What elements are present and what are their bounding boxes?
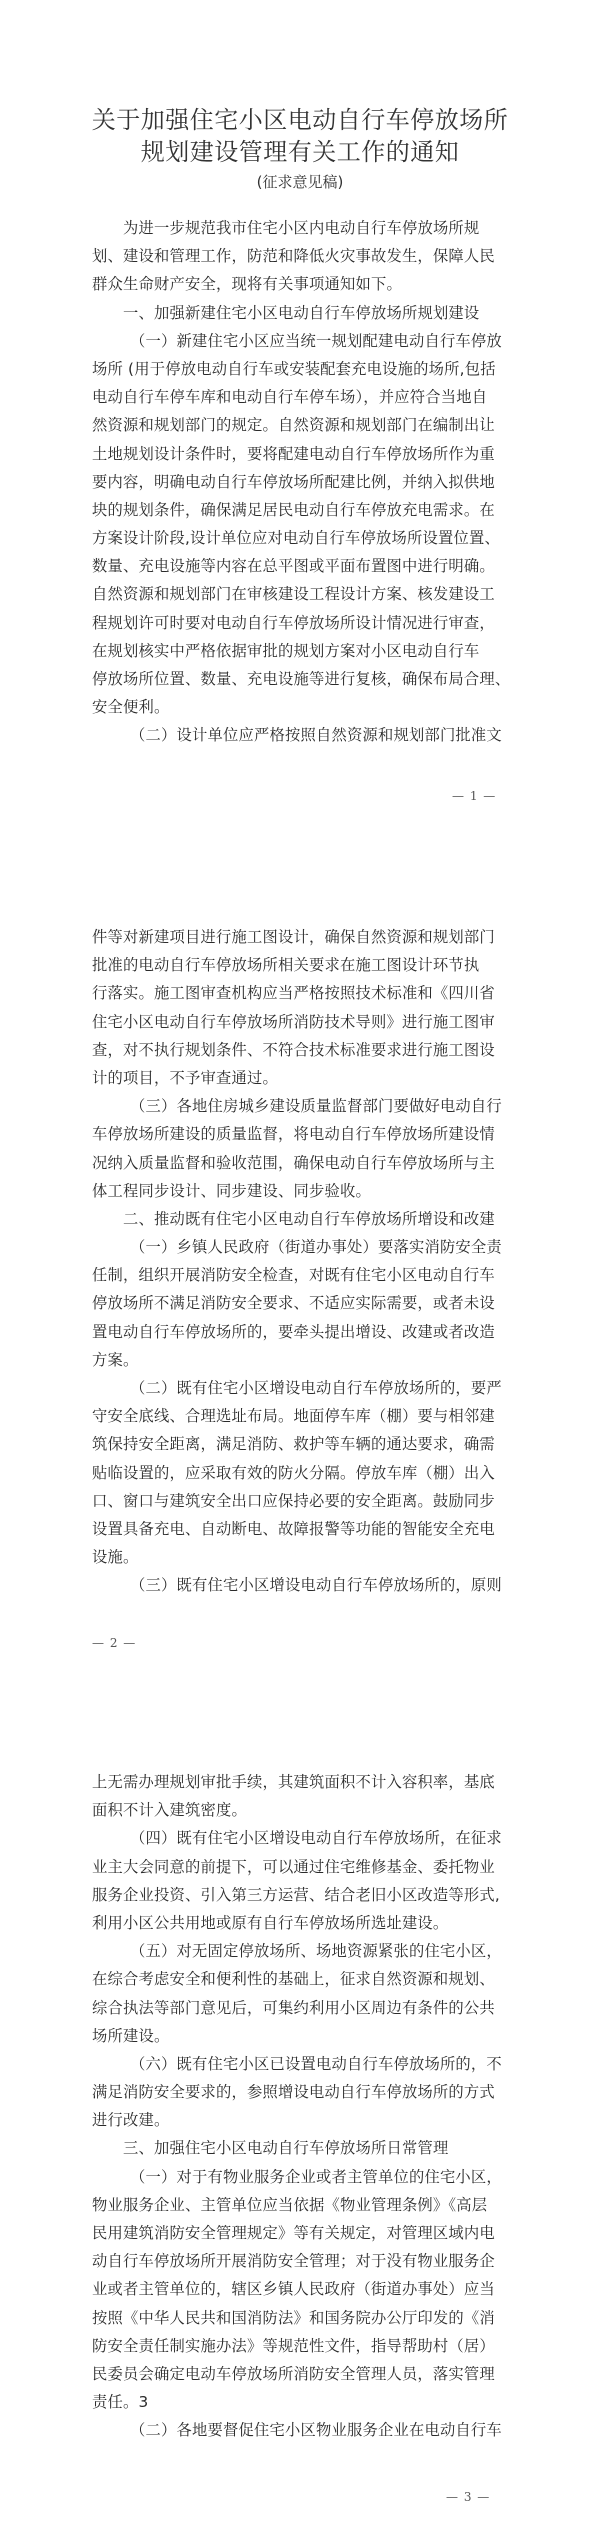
text-line: 况纳入质量监督和验收范围，确保电动自行车停放场所与主 (92, 1149, 510, 1177)
text-line: 设置具备充电、自动断电、故障报警等功能的智能安全充电 (92, 1515, 510, 1543)
text-line: 在规划核实中严格依据审批的规划方案对小区电动自行车 (92, 637, 510, 665)
text-line: 业主大会同意的前提下，可以通过住宅维修基金、委托物业 (92, 1853, 510, 1881)
text-line: 动自行车停放场所开展消防安全管理；对于没有物业服务企 (92, 2247, 510, 2275)
text-line: 设施。 (92, 1543, 510, 1571)
text-line: 场所建设。 (92, 2022, 510, 2050)
text-line: 三、加强住宅小区电动自行车停放场所日常管理 (92, 2134, 510, 2162)
text-line: （二）既有住宅小区增设电动自行车停放场所的，要严 (92, 1374, 510, 1402)
text-line: 方案设计阶段,设计单位应对电动自行车停放场所设置位置、 (92, 524, 510, 552)
text-line: 任制，组织开展消防安全检查，对既有住宅小区电动自行车 (92, 1261, 510, 1289)
document-page-3: 上无需办理规划审批手续，其建筑面积不计入容积率，基底面积不计入建筑密度。（四）既… (0, 1720, 600, 2546)
text-line: 责任。3 (92, 2388, 510, 2416)
text-line: （二）设计单位应严格按照自然资源和规划部门批准文 (92, 721, 510, 749)
text-line: 置电动自行车停放场所的，要牵头提出增设、改建或者改造 (92, 1318, 510, 1346)
text-line: 口、窗口与建筑安全出口应保持必要的安全距离。鼓励同步 (92, 1487, 510, 1515)
text-line: 综合执法等部门意见后，可集约利用小区周边有条件的公共 (92, 1994, 510, 2022)
page-2-body: 件等对新建项目进行施工图设计，确保自然资源和规划部门批准的电动自行车停放场所相关… (92, 923, 510, 1600)
page-number-3: — 3 — (446, 2490, 490, 2504)
text-line: （一）乡镇人民政府（街道办事处）要落实消防安全责 (92, 1233, 510, 1261)
document-title-line-1: 关于加强住宅小区电动自行车停放场所 (0, 104, 600, 136)
text-line: 然资源和规划部门的规定。自然资源和规划部门在编制出让 (92, 411, 510, 439)
text-line: 车停放场所建设的质量监督，将电动自行车停放场所建设情 (92, 1120, 510, 1148)
text-line: 二、推动既有住宅小区电动自行车停放场所增设和改建 (92, 1205, 510, 1233)
text-line: 上无需办理规划审批手续，其建筑面积不计入容积率，基底 (92, 1768, 510, 1796)
text-line: （四）既有住宅小区增设电动自行车停放场所，在征求 (92, 1824, 510, 1852)
text-line: 满足消防安全要求的，参照增设电动自行车停放场所的方式 (92, 2078, 510, 2106)
text-line: 防安全责任制实施办法》等规范性文件，指导帮助村（居） (92, 2332, 510, 2360)
text-line: 自然资源和规划部门在审核建设工程设计方案、核发建设工 (92, 580, 510, 608)
text-line: （一）对于有物业服务企业或者主管单位的住宅小区， (92, 2163, 510, 2191)
text-line: 民用建筑消防安全管理规定》等有关规定，对管理区域内电 (92, 2219, 510, 2247)
text-line: 筑保持安全距离，满足消防、救护等车辆的通达要求，确需 (92, 1430, 510, 1458)
text-line: （六）既有住宅小区已设置电动自行车停放场所的，不 (92, 2050, 510, 2078)
text-line: 场所 (用于停放电动自行车或安装配套充电设施的场所,包括 (92, 355, 510, 383)
text-line: 在综合考虑安全和便利性的基础上，征求自然资源和规划、 (92, 1965, 510, 1993)
text-line: 查，对不执行规划条件、不符合技术标准要求进行施工图设 (92, 1036, 510, 1064)
text-line: 计的项目，不予审查通过。 (92, 1064, 510, 1092)
text-line: 物业服务企业、主管单位应当依据《物业管理条例》《高层 (92, 2191, 510, 2219)
text-line: 安全便利。 (92, 693, 510, 721)
text-line: 为进一步规范我市住宅小区内电动自行车停放场所规 (92, 214, 510, 242)
text-line: 服务企业投资、引入第三方运营、结合老旧小区改造等形式, (92, 1881, 510, 1909)
document-page-1: 关于加强住宅小区电动自行车停放场所 规划建设管理有关工作的通知 (征求意见稿) … (0, 0, 600, 860)
document-subtitle: (征求意见稿) (0, 172, 600, 192)
text-line: 一、加强新建住宅小区电动自行车停放场所规划建设 (92, 299, 510, 327)
text-line: 方案。 (92, 1346, 510, 1374)
text-line: 进行改建。 (92, 2106, 510, 2134)
document-title-line-2: 规划建设管理有关工作的通知 (0, 136, 600, 168)
text-line: 群众生命财产安全，现将有关事项通知如下。 (92, 270, 510, 298)
text-line: 业或者主管单位的，辖区乡镇人民政府（街道办事处）应当 (92, 2275, 510, 2303)
page-3-body: 上无需办理规划审批手续，其建筑面积不计入容积率，基底面积不计入建筑密度。（四）既… (92, 1768, 510, 2445)
text-line: 土地规划设计条件时，要将配建电动自行车停放场所作为重 (92, 440, 510, 468)
page-number-2: — 2 — (92, 1636, 136, 1650)
text-line: 守安全底线、合理选址布局。地面停车库（棚）要与相邻建 (92, 1402, 510, 1430)
text-line: （五）对无固定停放场所、场地资源紧张的住宅小区， (92, 1937, 510, 1965)
text-line: （三）既有住宅小区增设电动自行车停放场所的，原则 (92, 1571, 510, 1599)
text-line: 程规划许可时要对电动自行车停放场所设计情况进行审查， (92, 609, 510, 637)
text-line: 停放场所不满足消防安全要求、不适应实际需要，或者未设 (92, 1289, 510, 1317)
text-line: 要内容，明确电动自行车停放场所配建比例，并纳入拟供地 (92, 468, 510, 496)
text-line: 住宅小区电动自行车停放场所消防技术导则》进行施工图审 (92, 1008, 510, 1036)
text-line: 按照《中华人民共和国消防法》和国务院办公厅印发的《消 (92, 2304, 510, 2332)
page-number-1: — 1 — (452, 789, 496, 803)
text-line: 划、建设和管理工作，防范和降低火灾事故发生，保障人民 (92, 242, 510, 270)
text-line: 停放场所位置、数量、充电设施等进行复核，确保布局合理、 (92, 665, 510, 693)
text-line: 贴临设置的，应采取有效的防火分隔。停放车库（棚）出入 (92, 1459, 510, 1487)
text-line: （二）各地要督促住宅小区物业服务企业在电动自行车 (92, 2416, 510, 2444)
text-line: 数量、充电设施等内容在总平图或平面布置图中进行明确。 (92, 552, 510, 580)
text-line: 面积不计入建筑密度。 (92, 1796, 510, 1824)
text-line: （一）新建住宅小区应当统一规划配建电动自行车停放 (92, 327, 510, 355)
text-line: 行落实。施工图审查机构应当严格按照技术标准和《四川省 (92, 979, 510, 1007)
document-page-2: 件等对新建项目进行施工图设计，确保自然资源和规划部门批准的电动自行车停放场所相关… (0, 860, 600, 1720)
page-1-body: 为进一步规范我市住宅小区内电动自行车停放场所规划、建设和管理工作，防范和降低火灾… (92, 214, 510, 750)
text-line: 体工程同步设计、同步建设、同步验收。 (92, 1177, 510, 1205)
text-line: 块的规划条件，确保满足居民电动自行车停放充电需求。在 (92, 496, 510, 524)
text-line: 利用小区公共用地或原有自行车停放场所选址建设。 (92, 1909, 510, 1937)
text-line: （三）各地住房城乡建设质量监督部门要做好电动自行 (92, 1092, 510, 1120)
text-line: 电动自行车停车库和电动自行车停车场），并应符合当地自 (92, 383, 510, 411)
text-line: 件等对新建项目进行施工图设计，确保自然资源和规划部门 (92, 923, 510, 951)
text-line: 民委员会确定电动车停放场所消防安全管理人员，落实管理 (92, 2360, 510, 2388)
text-line: 批准的电动自行车停放场所相关要求在施工图设计环节执 (92, 951, 510, 979)
